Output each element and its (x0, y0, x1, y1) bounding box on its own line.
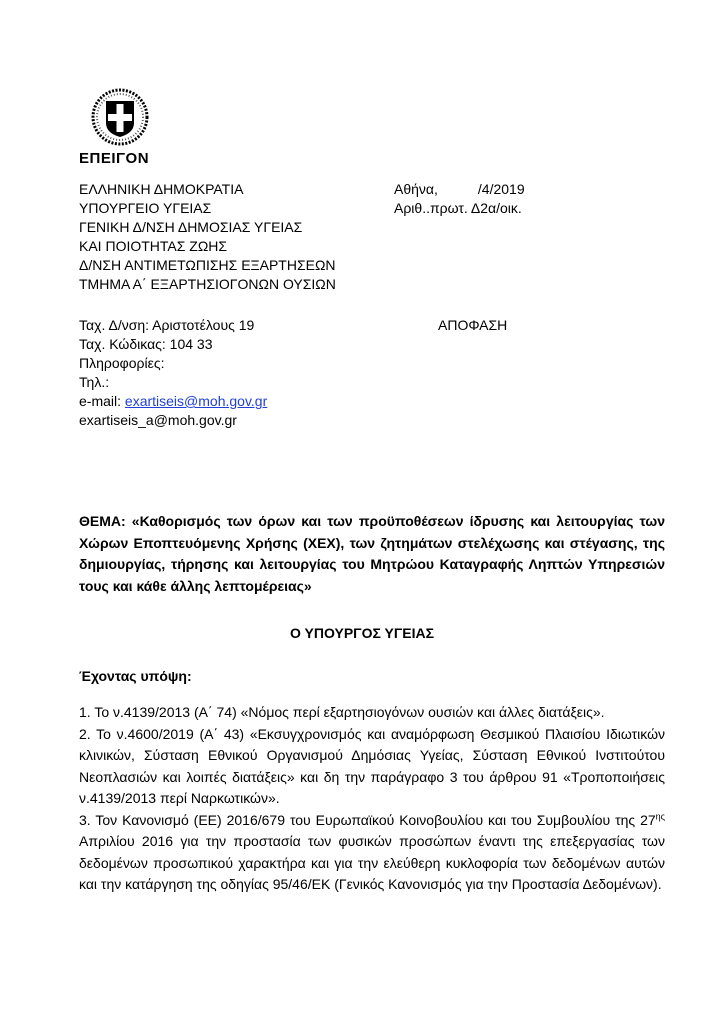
authority-line: ΚΑΙ ΠΟΙΟΤΗΤΑΣ ΖΩΗΣ (79, 237, 336, 256)
issuing-authority: ΕΛΛΗΝΙΚΗ ΔΗΜΟΚΡΑΤΙΑ ΥΠΟΥΡΓΕΙΟ ΥΓΕΙΑΣ ΓΕΝ… (79, 180, 336, 294)
greek-coat-of-arms-icon (90, 87, 150, 147)
urgent-label: ΕΠΕΙΓΟΝ (79, 150, 149, 167)
protocol-number: Αριθ..πρωτ. Δ2α/οικ. (394, 199, 525, 218)
email-label: e-mail: (79, 393, 125, 409)
authority-line: Δ/ΝΣΗ ΑΝΤΙΜΕΤΩΠΙΣΗΣ ΕΞΑΡΤΗΣΕΩΝ (79, 256, 336, 275)
having-regard-heading: Έχοντας υπόψη: (79, 668, 192, 684)
authority-line: ΓΕΝΙΚΗ Δ/ΝΣΗ ΔΗΜΟΣΙΑΣ ΥΓΕΙΑΣ (79, 218, 336, 237)
date-line: Αθήνα,/4/2019 (394, 180, 525, 199)
postal-address: Ταχ. Δ/νση: Αριστοτέλους 19 (79, 316, 267, 335)
legal-basis-item: 2. Το ν.4600/2019 (Α΄ 43) «Εκσυγχρονισμό… (79, 724, 665, 810)
postal-code: Ταχ. Κώδικας: 104 33 (79, 335, 267, 354)
authority-line: ΤΜΗΜΑ Α΄ ΕΞΑΡΤΗΣΙΟΓΟΝΩΝ ΟΥΣΙΩΝ (79, 275, 336, 294)
authority-line: ΥΠΟΥΡΓΕΙΟ ΥΓΕΙΑΣ (79, 199, 336, 218)
minister-heading: Ο ΥΠΟΥΡΓΟΣ ΥΓΕΙΑΣ (0, 625, 724, 641)
authority-line: ΕΛΛΗΝΙΚΗ ΔΗΜΟΚΡΑΤΙΑ (79, 180, 336, 199)
item-text: Απριλίου 2016 για την προστασία των φυσι… (79, 833, 665, 892)
city: Αθήνα, (394, 181, 438, 197)
email-link[interactable]: exartiseis@moh.gov.gr (125, 393, 267, 409)
legal-basis-item: 3. Τον Κανονισμό (ΕΕ) 2016/679 του Ευρωπ… (79, 810, 665, 896)
ordinal-suffix: ης (656, 811, 665, 821)
legal-basis-list: 1. Το ν.4139/2013 (Α΄ 74) «Νόμος περί εξ… (79, 702, 665, 896)
phone: Τηλ.: (79, 373, 267, 392)
email-line: e-mail: exartiseis@moh.gov.gr (79, 392, 267, 411)
subject-paragraph: ΘΕΜΑ: «Καθορισμός των όρων και των προϋπ… (79, 511, 665, 597)
information: Πληροφορίες: (79, 354, 267, 373)
contact-block: Ταχ. Δ/νση: Αριστοτέλους 19 Ταχ. Κώδικας… (79, 316, 267, 430)
decision-label: ΑΠΟΦΑΣΗ (438, 316, 507, 335)
legal-basis-item: 1. Το ν.4139/2013 (Α΄ 74) «Νόμος περί εξ… (79, 702, 665, 724)
alternate-email: exartiseis_a@moh.gov.gr (79, 411, 267, 430)
date-protocol-block: Αθήνα,/4/2019 Αριθ..πρωτ. Δ2α/οικ. (394, 180, 525, 218)
item-text: 3. Τον Κανονισμό (ΕΕ) 2016/679 του Ευρωπ… (79, 812, 656, 828)
date: /4/2019 (478, 181, 525, 197)
